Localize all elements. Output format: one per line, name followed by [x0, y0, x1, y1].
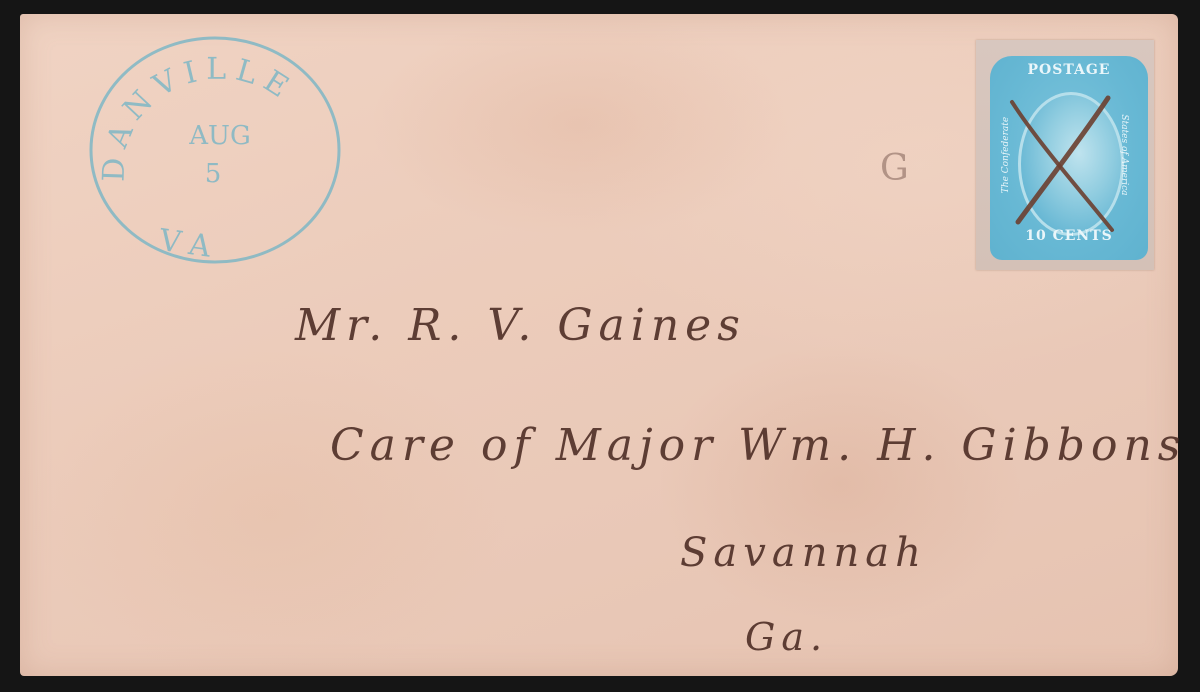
address-state: Ga.: [745, 615, 828, 659]
pen-cancel-x: [1000, 90, 1130, 240]
address-recipient: Mr. R. V. Gaines: [295, 300, 746, 351]
postmark-month: AUG: [188, 121, 250, 151]
circular-postmark: DANVILLE AUG 5 VA: [85, 32, 343, 272]
stamp-top-label: POSTAGE: [990, 62, 1148, 78]
address-care-of: Care of Major Wm. H. Gibbons: [330, 420, 1186, 471]
address-city: Savannah: [680, 530, 927, 576]
postmark-day: 5: [205, 159, 222, 189]
pencil-notation: G: [880, 148, 909, 189]
postmark-state: VA: [156, 223, 223, 266]
